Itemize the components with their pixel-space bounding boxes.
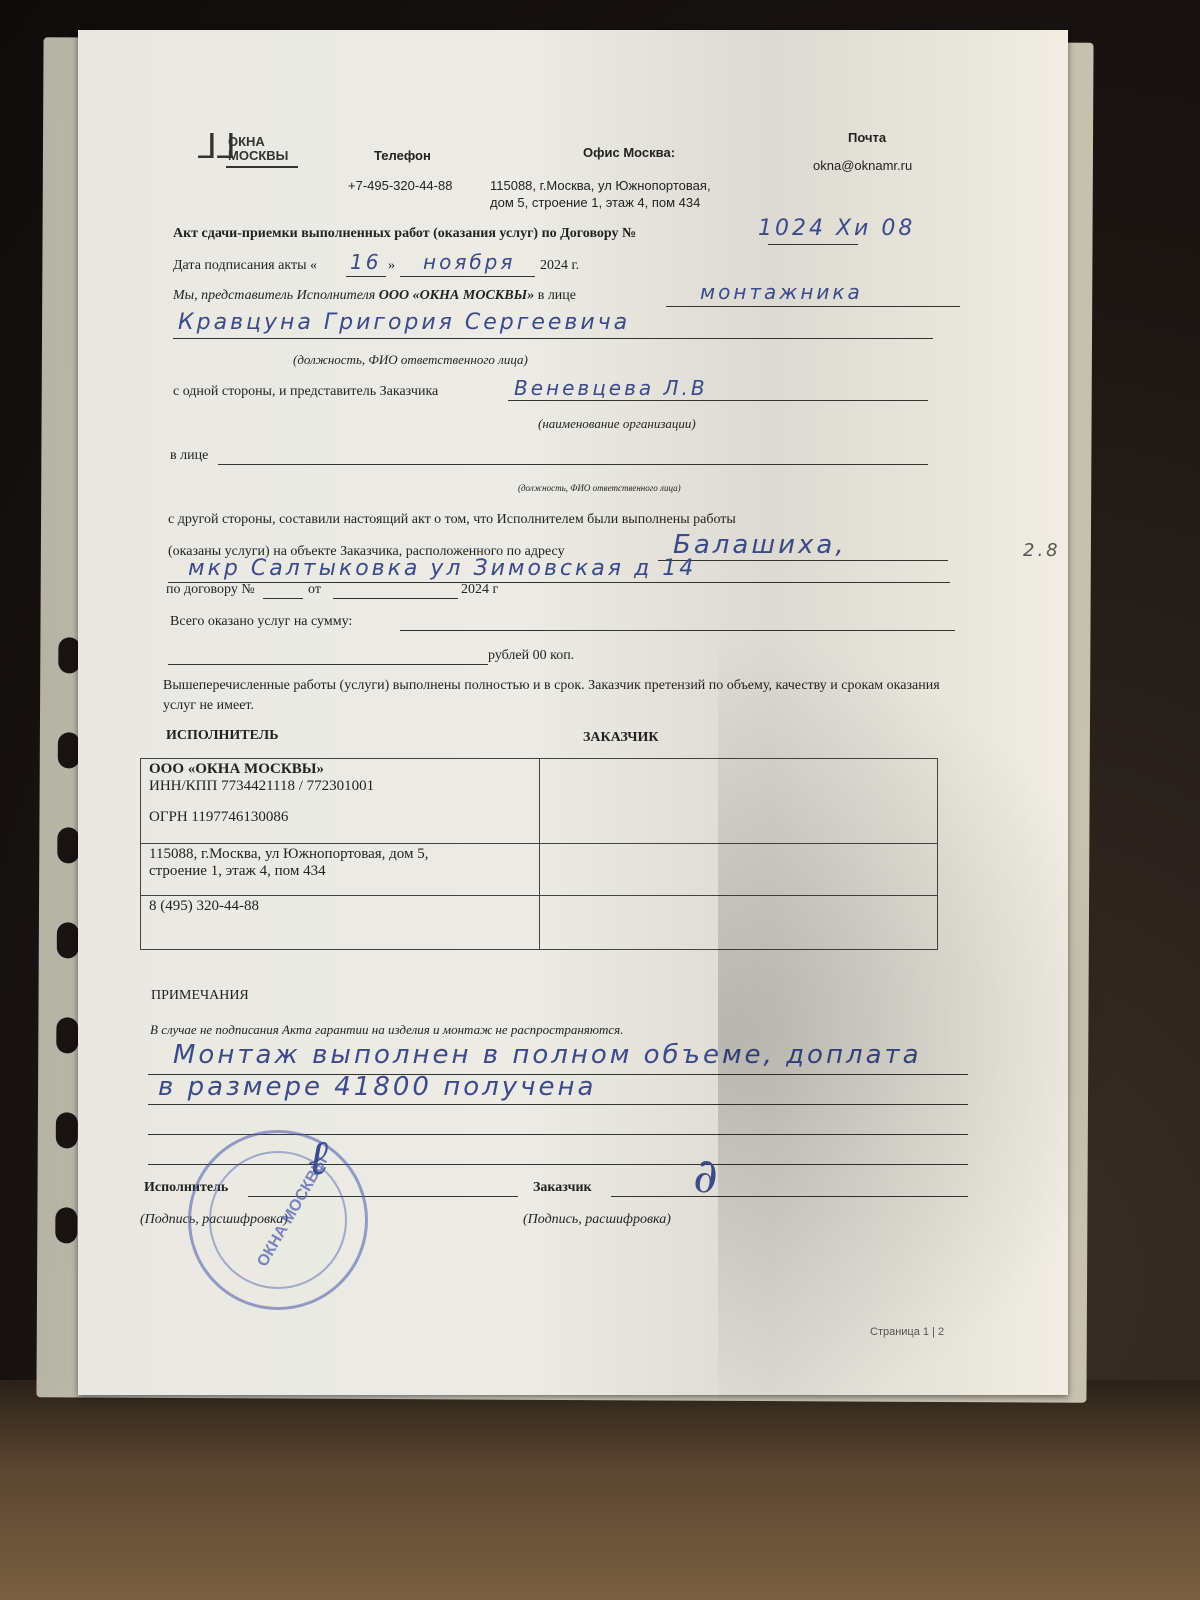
customer-name-handwritten: Веневцева Л.В <box>514 376 708 400</box>
date-month-line <box>400 276 535 277</box>
date-month-handwritten: ноября <box>423 250 515 274</box>
executor-address-line2: строение 1, этаж 4, пом 434 <box>149 863 531 880</box>
date-year: 2024 г. <box>540 258 579 274</box>
customer-signature-scribble: ∂ <box>693 1148 718 1204</box>
in-person-line <box>218 464 928 465</box>
table-row: ООО «ОКНА МОСКВЫ» ИНН/КПП 7734421118 / 7… <box>141 759 938 844</box>
executor-name-handwritten: Кравцуна Григория Сергеевича <box>178 310 630 335</box>
in-person-caption: (должность, ФИО ответственного лица) <box>518 483 681 493</box>
executor-address-line1: 115088, г.Москва, ул Южнопортовая, дом 5… <box>149 846 531 863</box>
executor-position-line <box>666 306 960 307</box>
office-address-line1: 115088, г.Москва, ул Южнопортовая, <box>490 178 711 193</box>
address-line2 <box>168 582 950 583</box>
executor-heading: ИСПОЛНИТЕЛЬ <box>166 728 278 744</box>
customer-heading: ЗАКАЗЧИК <box>583 730 659 746</box>
logo-text-line2: МОСКВЫ <box>228 148 288 163</box>
executor-phone: 8 (495) 320-44-88 <box>149 898 531 915</box>
office-label: Офис Москва: <box>583 145 675 160</box>
executor-intro-prefix: Мы, представитель Исполнителя <box>173 288 379 303</box>
notes-heading: ПРИМЕЧАНИЯ <box>151 988 249 1004</box>
executor-caption: (должность, ФИО ответственного лица) <box>293 352 528 368</box>
address-line1 <box>658 560 948 561</box>
logo-underline <box>226 166 298 168</box>
date-day-line <box>346 276 386 277</box>
contract-ref-number-line <box>263 598 303 599</box>
warranty-text: В случае не подписания Акта гарантии на … <box>150 1022 623 1038</box>
punch-hole <box>58 732 80 768</box>
executor-ogrn: ОГРН 1197746130086 <box>149 809 531 826</box>
customer-label: с одной стороны, и представитель Заказчи… <box>173 384 438 400</box>
in-person-label: в лице <box>170 448 208 464</box>
date-label: Дата подписания акты « <box>173 258 317 274</box>
phone-label: Телефон <box>374 148 431 163</box>
page-number: Страница 1 | 2 <box>870 1326 944 1338</box>
sum-line <box>400 630 955 631</box>
executor-cell: 115088, г.Москва, ул Южнопортовая, дом 5… <box>141 844 540 896</box>
act-document: ⅃⅃ ОКНА МОСКВЫ Телефон +7-495-320-44-88 … <box>78 30 1068 1395</box>
logo-text-line1: ОКНА <box>228 134 265 149</box>
date-quote: » <box>388 258 395 274</box>
notes-line2 <box>148 1104 968 1105</box>
customer-signature-line <box>611 1196 968 1197</box>
margin-note-handwritten: 2.8 <box>1023 540 1061 561</box>
punch-hole <box>56 1017 78 1053</box>
customer-caption: (наименование организации) <box>538 416 696 432</box>
completion-text: Вышеперечисленные работы (услуги) выполн… <box>163 676 953 716</box>
executor-intro-suffix: в лице <box>534 288 576 303</box>
contract-ref-date-line <box>333 598 458 599</box>
email-label: Почта <box>848 130 886 145</box>
customer-cell <box>539 759 938 844</box>
company-logo: ⅃⅃ ОКНА МОСКВЫ <box>198 130 308 170</box>
punch-hole <box>57 827 79 863</box>
contract-ref-from: от <box>308 582 321 598</box>
act-title: Акт сдачи-приемки выполненных работ (ока… <box>173 226 636 242</box>
customer-cell <box>539 896 938 950</box>
notes-handwritten-line1: Монтаж выполнен в полном объеме, доплата <box>173 1040 922 1070</box>
customer-signature-label: Заказчик <box>533 1180 592 1196</box>
customer-cell <box>539 844 938 896</box>
punch-hole <box>56 1112 78 1148</box>
executor-intro: Мы, представитель Исполнителя ООО «ОКНА … <box>173 288 576 304</box>
sum-words-line <box>168 664 488 665</box>
parties-requisites-table: ООО «ОКНА МОСКВЫ» ИНН/КПП 7734421118 / 7… <box>140 758 938 950</box>
contract-number-line <box>768 244 858 245</box>
contract-number-handwritten: 1024 Xи 08 <box>758 216 915 241</box>
other-side-text: с другой стороны, составили настоящий ак… <box>168 512 736 528</box>
table-row: 115088, г.Москва, ул Южнопортовая, дом 5… <box>141 844 938 896</box>
executor-company: ООО «ОКНА МОСКВЫ» <box>379 288 534 303</box>
table-row: 8 (495) 320-44-88 <box>141 896 938 950</box>
executor-inn-kpp: ИНН/КПП 7734421118 / 772301001 <box>149 778 531 795</box>
punch-hole <box>55 1207 77 1243</box>
address-handwritten-line1: Балашиха, <box>673 530 847 560</box>
table-surface <box>0 1380 1200 1600</box>
executor-name-line <box>173 338 933 339</box>
email-value: okna@oknamr.ru <box>813 158 912 173</box>
office-address-line2: дом 5, строение 1, этаж 4, пом 434 <box>490 195 700 210</box>
executor-cell: ООО «ОКНА МОСКВЫ» ИНН/КПП 7734421118 / 7… <box>141 759 540 844</box>
customer-signature-caption: (Подпись, расшифровка) <box>523 1212 671 1228</box>
notes-handwritten-line2: в размере 41800 получена <box>158 1072 596 1102</box>
sum-suffix: рублей 00 коп. <box>488 648 574 664</box>
spacer <box>149 795 531 809</box>
phone-value: +7-495-320-44-88 <box>348 178 452 193</box>
executor-position-handwritten: монтажника <box>700 280 863 304</box>
contract-ref-year: 2024 г <box>461 582 498 598</box>
executor-company-name: ООО «ОКНА МОСКВЫ» <box>149 761 531 778</box>
contract-ref-label: по договору № <box>166 582 255 598</box>
punch-hole <box>57 922 79 958</box>
address-handwritten-line2: мкр Салтыковка ул Зимовская д 14 <box>188 556 696 581</box>
sum-label: Всего оказано услуг на сумму: <box>170 614 352 630</box>
date-day-handwritten: 16 <box>350 250 381 274</box>
customer-name-line <box>508 400 928 401</box>
executor-cell: 8 (495) 320-44-88 <box>141 896 540 950</box>
company-stamp: ОКНА МОСКВЫ <box>188 1130 368 1310</box>
